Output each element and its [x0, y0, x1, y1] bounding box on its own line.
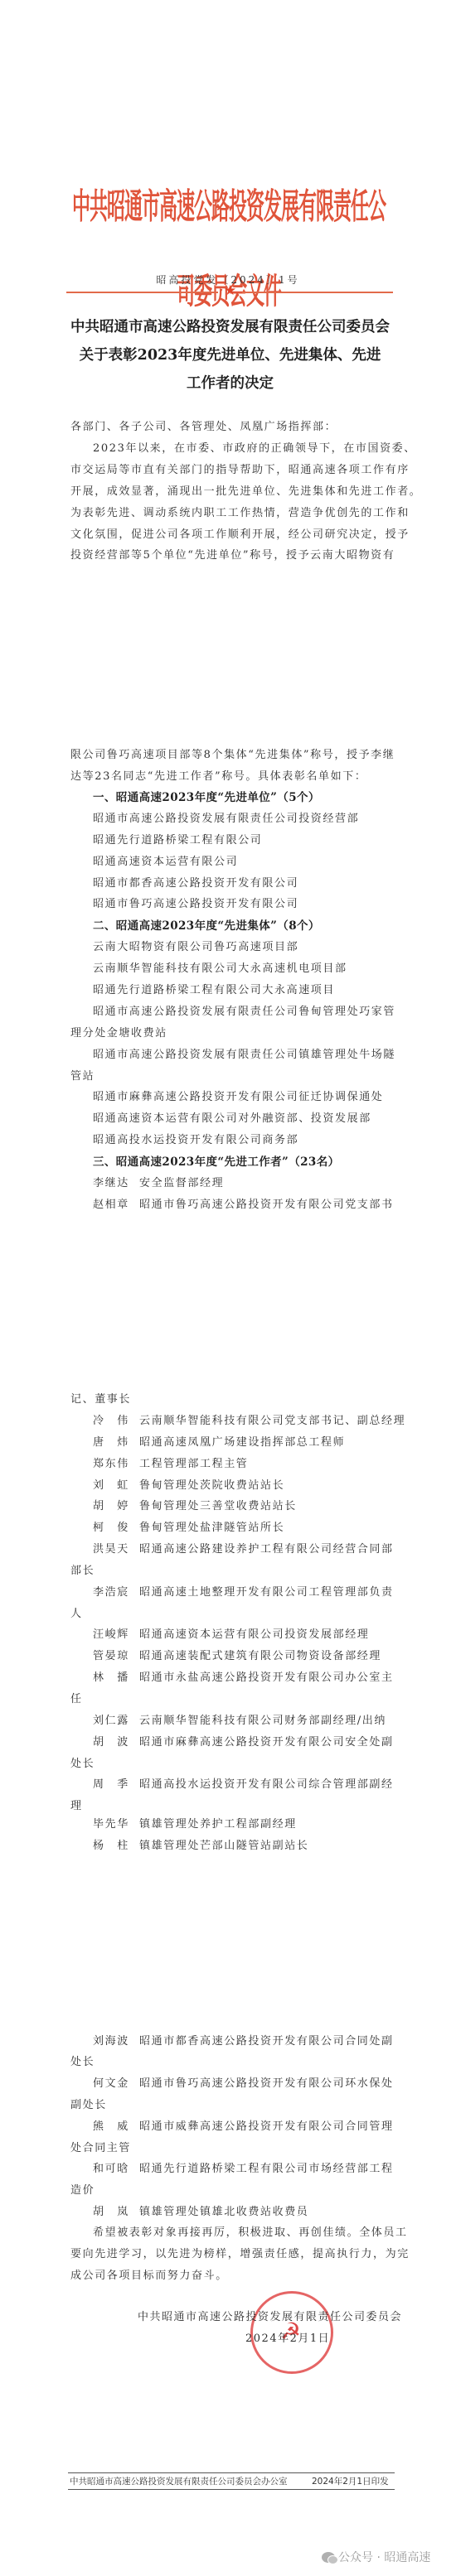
collective-item: 云南顺华智能科技有限公司大永高速机电项目部	[93, 959, 418, 975]
worker-name: 胡 婷	[93, 1497, 139, 1512]
worker-name: 林 播	[93, 1668, 139, 1684]
collective-item: 昭通市高速公路投资发展有限责任公司鲁甸管理处巧家管	[93, 1002, 418, 1018]
worker-row: 冷 伟云南顺华智能科技有限公司党支部书记、副总经理	[93, 1411, 418, 1427]
collective-item: 云南大昭物资有限公司鲁巧高速项目部	[93, 938, 418, 953]
collective-item: 昭通市高速公路投资发展有限责任公司镇雄管理处牛场隧	[93, 1045, 418, 1061]
worker-title: 昭通市鲁巧高速公路投资开发有限公司环水保处	[139, 2077, 394, 2090]
collective-item: 昭通市麻彝高速公路投资开发有限公司征迁协调保通处	[93, 1088, 418, 1103]
red-divider-left	[66, 292, 218, 293]
section-heading-collectives: 二、昭通高速2023年度“先进集体”（8个）	[93, 916, 418, 933]
worker-title: 云南顺华智能科技有限公司财务部副经理/出纳	[139, 1715, 386, 1727]
worker-title-cont: 记、董事长	[70, 1390, 395, 1406]
worker-name: 赵相章	[93, 1195, 139, 1211]
worker-name: 唐 炜	[93, 1433, 139, 1449]
worker-row: 汪峻辉昭通高速资本运营有限公司投资发展部经理	[93, 1625, 418, 1641]
worker-row: 刘 虹鲁甸管理处茨院收费站站长	[93, 1476, 418, 1492]
worker-name: 和可晗	[93, 2159, 139, 2175]
worker-row: 胡 波昭通市麻彝高速公路投资开发有限公司安全处副	[93, 1733, 418, 1749]
worker-row: 周 季昭通高投水运投资开发有限公司综合管理部副经	[93, 1775, 418, 1791]
worker-name: 李浩宸	[93, 1583, 139, 1599]
unit-item: 昭通市都香高速公路投资开发有限公司	[93, 874, 418, 890]
worker-title: 昭通高速凤凰广场建设指挥部总工程师	[139, 1436, 345, 1449]
intro-line: 市交运局等市直有关部门的指导帮助下，昭通高速各项工作有序	[70, 461, 395, 476]
document-red-header: 中共昭通市高速公路投资发展有限责任公司委员会文件	[66, 166, 391, 252]
worker-name: 胡 岚	[93, 2202, 139, 2218]
worker-title-cont: 副处长	[70, 2096, 395, 2111]
intro-line: 为表彰先进、调动系统内职工工作热情，营造争优创先的工作和	[70, 504, 395, 519]
worker-row: 胡 岚镇雄管理处镇雄北收费站收费员	[93, 2202, 418, 2218]
worker-row: 刘海波昭通市都香高速公路投资开发有限公司合同处副	[93, 2032, 418, 2048]
watermark-text: 公众号 · 昭通高速	[338, 2551, 430, 2564]
collective-item-cont: 理分处金塘收费站	[70, 1024, 395, 1040]
closing-line: 要向先进学习，以先进为榜样，增强责任感，提高执行力，为完	[70, 2245, 395, 2260]
intro-line: 达等23名同志“先进工作者”称号。具体表彰名单如下：	[70, 767, 395, 783]
worker-name: 洪昊天	[93, 1540, 139, 1556]
worker-title: 镇雄管理处养护工程部副经理	[139, 1818, 297, 1831]
worker-row: 管晏琼昭通高速装配式建筑有限公司物资设备部经理	[93, 1647, 418, 1662]
worker-title: 昭通高速资本运营有限公司投资发展部经理	[139, 1628, 369, 1641]
worker-name: 刘 虹	[93, 1476, 139, 1492]
worker-name: 柯 俊	[93, 1518, 139, 1534]
unit-item: 昭通市高速公路投资发展有限责任公司投资经营部	[93, 809, 418, 825]
worker-title: 昭通市都香高速公路投资开发有限公司合同处副	[139, 2035, 394, 2048]
section-heading-units: 一、昭通高速2023年度“先进单位”（5个）	[93, 788, 418, 804]
worker-row: 洪昊天昭通高速公路建设养护工程有限公司经营合同部	[93, 1540, 418, 1556]
worker-title: 云南顺华智能科技有限公司党支部书记、副总经理	[139, 1415, 405, 1427]
red-divider-right	[242, 292, 393, 293]
worker-title: 昭通高速土地整理开发有限公司工程管理部负责	[139, 1586, 394, 1599]
worker-title: 昭通高投水运投资开发有限公司综合管理部副经	[139, 1778, 394, 1791]
worker-name: 熊 威	[93, 2117, 139, 2133]
worker-title: 鲁甸管理处盐津隧管站所长	[139, 1522, 284, 1534]
worker-title: 镇雄管理处芒部山隧管站副站长	[139, 1840, 308, 1852]
worker-name: 刘仁露	[93, 1711, 139, 1727]
worker-title: 昭通市威彝高速公路投资开发有限公司合同管理	[139, 2120, 394, 2133]
watermark: 公众号 · 昭通高速	[322, 2549, 430, 2565]
worker-row: 熊 威昭通市威彝高速公路投资开发有限公司合同管理	[93, 2117, 418, 2133]
wechat-icon	[322, 2552, 335, 2563]
worker-row: 林 播昭通市永盐高速公路投资开发有限公司办公室主	[93, 1668, 418, 1684]
worker-title: 昭通市永盐高速公路投资开发有限公司办公室主	[139, 1672, 394, 1684]
worker-row: 刘仁露云南顺华智能科技有限公司财务部副经理/出纳	[93, 1711, 418, 1727]
worker-name: 胡 波	[93, 1733, 139, 1749]
collective-item-cont: 管站	[70, 1067, 395, 1083]
worker-name: 刘海波	[93, 2032, 139, 2048]
worker-title: 安全监督部经理	[139, 1177, 224, 1189]
worker-row: 柯 俊鲁甸管理处盐津隧管站所长	[93, 1518, 418, 1534]
worker-row: 郑东伟工程管理部工程主管	[93, 1454, 418, 1470]
intro-line: 文化氛围，促进公司各项工作顺利开展，经公司研究决定，授予	[70, 525, 395, 541]
worker-name: 何文金	[93, 2074, 139, 2090]
footer-issuer: 中共昭通市高速公路投资发展有限责任公司委员会办公室	[70, 2475, 288, 2487]
section-heading-workers: 三、昭通高速2023年度“先进工作者”（23名）	[93, 1152, 418, 1169]
worker-title-cont: 理	[70, 1797, 395, 1812]
worker-name: 周 季	[93, 1775, 139, 1791]
worker-title: 昭通先行道路桥梁工程有限公司市场经营部工程	[139, 2163, 394, 2175]
worker-title: 工程管理部工程主管	[139, 1458, 248, 1470]
worker-title-cont: 人	[70, 1604, 395, 1620]
footer-rule-top	[68, 2472, 395, 2473]
signature-date: 2024年2月1日	[245, 2329, 330, 2345]
closing-line: 希望被表彰对象再接再厉，积极进取、再创佳绩。全体员工	[93, 2223, 418, 2239]
intro-line: 开展，成效显著，涌现出一批先进单位、先进集体和先进工作者。	[70, 482, 395, 498]
worker-row: 胡 婷鲁甸管理处三善堂收费站站长	[93, 1497, 418, 1512]
worker-title-cont: 造价	[70, 2181, 395, 2197]
closing-line: 成公司各项目标而努力奋斗。	[70, 2266, 395, 2282]
worker-row: 杨 柱镇雄管理处芒部山隧管站副站长	[93, 1836, 418, 1852]
worker-row: 和可晗昭通先行道路桥梁工程有限公司市场经营部工程	[93, 2159, 418, 2175]
worker-title: 镇雄管理处镇雄北收费站收费员	[139, 2206, 308, 2218]
decision-title-line-1: 中共昭通市高速公路投资发展有限责任公司委员会	[66, 313, 394, 341]
worker-row: 赵相章昭通市鲁巧高速公路投资开发有限公司党支部书	[93, 1195, 418, 1211]
worker-title-cont: 部长	[70, 1561, 395, 1577]
worker-title-cont: 任	[70, 1690, 395, 1705]
unit-item: 昭通先行道路桥梁工程有限公司	[93, 831, 418, 847]
worker-row: 唐 炜昭通高速凤凰广场建设指挥部总工程师	[93, 1433, 418, 1449]
worker-row: 何文金昭通市鲁巧高速公路投资开发有限公司环水保处	[93, 2074, 418, 2090]
footer-issue-date: 2024年2月1日印发	[312, 2475, 389, 2487]
decision-title-line-3: 工作者的决定	[66, 369, 394, 398]
star-icon: ★	[224, 282, 236, 299]
unit-item: 昭通高速资本运营有限公司	[93, 852, 418, 868]
collective-item: 昭通先行道路桥梁工程有限公司大永高速项目	[93, 981, 418, 996]
worker-row: 李浩宸昭通高速土地整理开发有限公司工程管理部负责	[93, 1583, 418, 1599]
worker-name: 杨 柱	[93, 1836, 139, 1852]
worker-name: 汪峻辉	[93, 1625, 139, 1641]
footer-rule-bottom	[68, 2489, 395, 2490]
worker-row: 李继达安全监督部经理	[93, 1174, 418, 1189]
worker-title: 昭通高速装配式建筑有限公司物资设备部经理	[139, 1650, 381, 1662]
worker-title: 鲁甸管理处茨院收费站站长	[139, 1479, 284, 1492]
worker-name: 管晏琼	[93, 1647, 139, 1662]
worker-name: 郑东伟	[93, 1454, 139, 1470]
worker-name: 毕先华	[93, 1815, 139, 1831]
worker-title: 鲁甸管理处三善堂收费站站长	[139, 1500, 297, 1512]
worker-name: 冷 伟	[93, 1411, 139, 1427]
unit-item: 昭通市鲁巧高速公路投资开发有限公司	[93, 895, 418, 910]
decision-title-line-2: 关于表彰2023年度先进单位、先进集体、先进	[66, 341, 394, 369]
worker-title-cont: 处长	[70, 2053, 395, 2068]
intro-line: 2023年以来，在市委、市政府的正确领导下，在市国资委、	[93, 439, 418, 455]
intro-line: 限公司鲁巧高速项目部等8个集体“先进集体”称号，授予李继	[70, 745, 395, 761]
collective-item: 昭通高投水运投资开发有限公司商务部	[93, 1131, 418, 1146]
worker-title: 昭通高速公路建设养护工程有限公司经营合同部	[139, 1543, 394, 1556]
collective-item: 昭通高速资本运营有限公司对外融资部、投资发展部	[93, 1109, 418, 1125]
signature-org: 中共昭通市高速公路投资发展有限责任公司委员会	[138, 2308, 402, 2323]
intro-line: 投资经营部等5个单位“先进单位”称号，授予云南大昭物资有	[70, 546, 395, 562]
worker-title-cont: 处合同主管	[70, 2139, 395, 2154]
worker-title: 昭通市鲁巧高速公路投资开发有限公司党支部书	[139, 1199, 394, 1211]
worker-name: 李继达	[93, 1174, 139, 1189]
addressee: 各部门、各子公司、各管理处、凤凰广场指挥部：	[70, 417, 395, 433]
worker-title-cont: 处长	[70, 1754, 395, 1770]
worker-row: 毕先华镇雄管理处养护工程部副经理	[93, 1815, 418, 1831]
worker-title: 昭通市麻彝高速公路投资开发有限公司安全处副	[139, 1736, 394, 1749]
